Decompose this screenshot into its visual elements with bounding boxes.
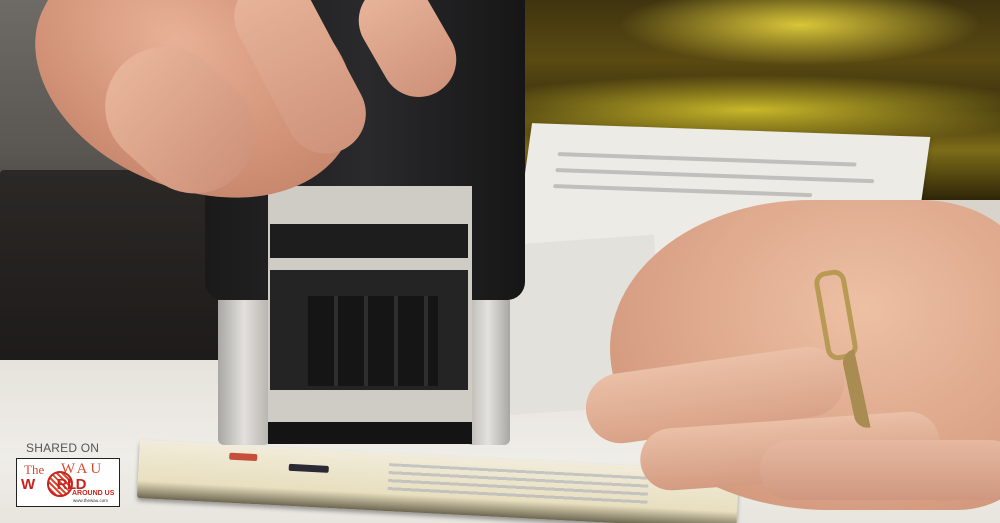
- stamp-leg-left: [218, 300, 270, 445]
- background-object: [0, 170, 220, 370]
- stamp-frame: [268, 186, 472, 444]
- site-logo[interactable]: The WAU WRLD AROUND US www.thewau.com: [16, 458, 120, 507]
- logo-url: www.thewau.com: [73, 498, 108, 503]
- logo-around-us: AROUND US: [72, 490, 114, 497]
- shared-on-label: SHARED ON: [26, 441, 99, 455]
- photo: [0, 0, 1000, 523]
- stamp-leg-right: [466, 300, 510, 445]
- finger: [760, 440, 1000, 500]
